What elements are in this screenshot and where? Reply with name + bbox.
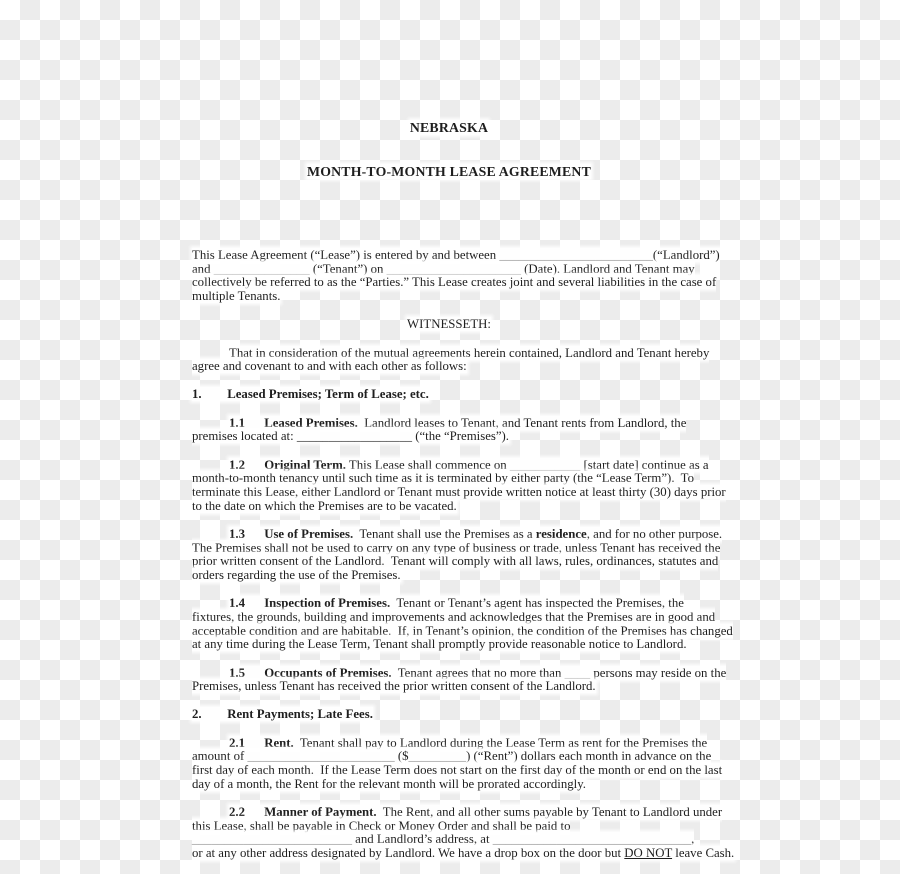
intro-paragraph: This Lease Agreement (“Lease”) is entere… (192, 249, 706, 304)
paragraph-text: 1.2 Original Term. This Lease shall comm… (192, 458, 726, 513)
paragraph-text: 2. Rent Payments; Late Fees. (192, 707, 373, 721)
clause-2-1-rent: 2.1 Rent. Tenant shall pay to Landlord d… (192, 737, 706, 792)
paragraph-text: 1.5 Occupants of Premises. Tenant agrees… (192, 666, 726, 694)
text-run: 2.1 (229, 736, 264, 750)
paragraph-text: 1.3 Use of Premises. Tenant shall use th… (192, 527, 722, 582)
text-run: (“the “Premises”). (412, 429, 509, 443)
text-run: (“Tenant”) on (310, 262, 387, 276)
text-run: 2. (192, 707, 227, 721)
title-agreement-line: MONTH-TO-MONTH LEASE AGREEMENT (192, 163, 706, 180)
blank-field: _____________________ (387, 262, 521, 276)
blank-field: __________________ (297, 429, 412, 443)
clause-1-1-leased-premises: 1.1 Leased Premises. Landlord leases to … (192, 417, 706, 444)
paragraph-text: 1. Leased Premises; Term of Lease; etc. (192, 387, 429, 401)
text-run: Use of Premises. (264, 527, 353, 541)
text-run: Tenant shall use the Premises as a (353, 527, 536, 541)
text-run: 1.4 (229, 596, 264, 610)
clause-1-3-use-of-premises: 1.3 Use of Premises. Tenant shall use th… (192, 528, 706, 583)
text-run: 1.3 (229, 527, 264, 541)
text-run: This Lease shall commence on (346, 458, 510, 472)
paragraph-text: 1.4 Inspection of Premises. Tenant or Te… (192, 596, 733, 651)
text-run: 1.1 (229, 416, 264, 430)
blank-field: _______________ (214, 262, 310, 276)
text-run: That in consideration of the mutual agre… (192, 346, 709, 374)
clause-1-2-original-term: 1.2 Original Term. This Lease shall comm… (192, 459, 706, 514)
lease-document: NEBRASKA MONTH-TO-MONTH LEASE AGREEMENT … (192, 64, 706, 800)
blank-field: ___________ (510, 458, 580, 472)
paragraph-text: 2.1 Rent. Tenant shall pay to Landlord d… (192, 736, 722, 791)
clause-1-5-occupants-of-premises: 1.5 Occupants of Premises. Tenant agrees… (192, 667, 706, 694)
witnesseth-heading: WITNESSETH: (192, 318, 706, 332)
recital-paragraph: That in consideration of the mutual agre… (192, 347, 706, 374)
paragraph-text: 1.1 Leased Premises. Landlord leases to … (192, 416, 686, 444)
blank-field: ____ (565, 666, 591, 680)
paragraph-text: This Lease Agreement (“Lease”) is entere… (192, 248, 720, 303)
text-run: 1.5 (229, 666, 264, 680)
paragraph-text: That in consideration of the mutual agre… (192, 346, 709, 374)
text-run: Tenant agrees that no more than (392, 666, 565, 680)
clause-1-4-inspection-of-premises: 1.4 Inspection of Premises. Tenant or Te… (192, 597, 706, 652)
section-1-heading: 1. Leased Premises; Term of Lease; etc. (192, 388, 706, 402)
text-run: 1. (192, 387, 227, 401)
paragraph-text: WITNESSETH: (407, 317, 491, 331)
title-state-line: NEBRASKA (192, 119, 706, 136)
text-run: Leased Premises; Term of Lease; etc. (227, 387, 429, 401)
text-run: Occupants of Premises. (264, 666, 391, 680)
blank-field: ________________________ (499, 248, 653, 262)
blank-field: _______________________ (247, 749, 394, 763)
text-run: Rent. (264, 736, 294, 750)
text-run: Rent Payments; Late Fees. (227, 707, 373, 721)
text-run: 1.2 (229, 458, 264, 472)
text-run: This Lease Agreement (“Lease”) is entere… (192, 248, 499, 262)
section-2-heading: 2. Rent Payments; Late Fees. (192, 708, 706, 722)
blank-field: _________ (408, 749, 466, 763)
text-run: WITNESSETH: (407, 317, 491, 331)
text-run: Inspection of Premises. (264, 596, 390, 610)
text-run: Original Term. (264, 458, 346, 472)
document-body: This Lease Agreement (“Lease”) is entere… (192, 249, 706, 800)
text-run: ($ (395, 749, 409, 763)
text-run: Leased Premises. (264, 416, 358, 430)
text-run: residence (536, 527, 587, 541)
document-title: NEBRASKA MONTH-TO-MONTH LEASE AGREEMENT (192, 91, 706, 207)
